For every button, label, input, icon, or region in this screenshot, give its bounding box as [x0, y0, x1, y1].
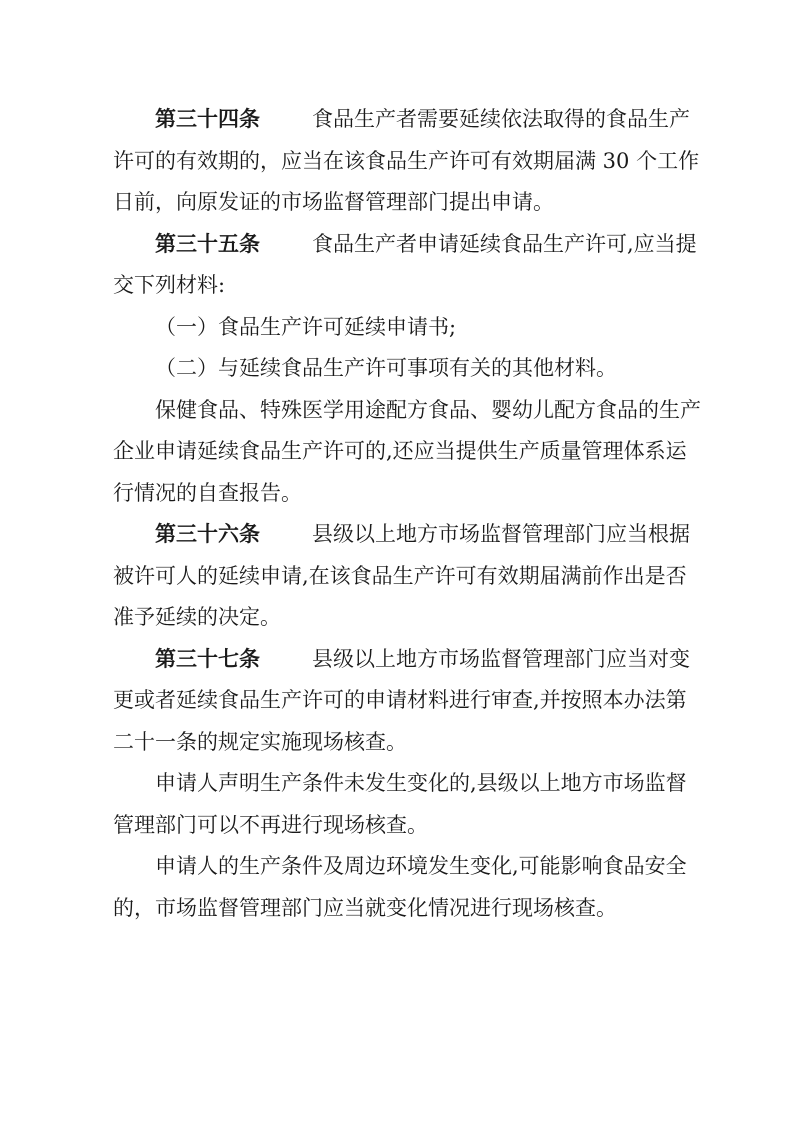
first-line-indent: [113, 374, 155, 375]
text-line: 被许可人的延续申请,在该食品生产许可有效期届满前作出是否: [113, 556, 713, 598]
line-text: 许可的有效期的，应当在该食品生产许可有效期届满 30 个工作: [113, 149, 699, 173]
text-line: 许可的有效期的，应当在该食品生产许可有效期届满 30 个工作: [113, 141, 713, 183]
article-number: 第三十六条: [155, 522, 260, 546]
first-line-indent: [113, 416, 155, 417]
line-text: 县级以上地方市场监督管理部门应当根据: [312, 522, 690, 546]
document-body: 第三十四条食品生产者需要延续依法取得的食品生产许可的有效期的，应当在该食品生产许…: [113, 99, 713, 929]
first-line-indent: [113, 333, 155, 334]
line-text: 保健食品、特殊医学用途配方食品、婴幼儿配方食品的生产: [155, 398, 701, 422]
article-number: 第三十四条: [155, 107, 260, 131]
heading-gap: [260, 250, 312, 251]
line-text: 准予延续的决定。: [113, 605, 281, 629]
heading-gap: [260, 125, 312, 126]
line-text: （一）食品生产许可延续申请书;: [155, 315, 456, 339]
text-line: 行情况的自查报告。: [113, 473, 713, 515]
text-line: 第三十四条食品生产者需要延续依法取得的食品生产: [113, 99, 713, 141]
text-line: 第三十五条食品生产者申请延续食品生产许可,应当提: [113, 224, 713, 266]
article-number: 第三十五条: [155, 232, 260, 256]
text-line: 第三十六条县级以上地方市场监督管理部门应当根据: [113, 514, 713, 556]
text-line: 管理部门可以不再进行现场核查。: [113, 805, 713, 847]
line-text: 县级以上地方市场监督管理部门应当对变: [312, 647, 690, 671]
line-text: 企业申请延续食品生产许可的,还应当提供生产质量管理体系运: [113, 439, 687, 463]
first-line-indent: [113, 125, 155, 126]
document-page: 第三十四条食品生产者需要延续依法取得的食品生产许可的有效期的，应当在该食品生产许…: [0, 0, 793, 1122]
line-text: 申请人声明生产条件未发生变化的,县级以上地方市场监督: [155, 771, 687, 795]
text-line: 保健食品、特殊医学用途配方食品、婴幼儿配方食品的生产: [113, 390, 713, 432]
line-text: 食品生产者需要延续依法取得的食品生产: [312, 107, 690, 131]
line-text: 申请人的生产条件及周边环境发生变化,可能影响食品安全: [155, 854, 687, 878]
line-text: 日前，向原发证的市场监督管理部门提出申请。: [113, 190, 554, 214]
line-text: 二十一条的规定实施现场核查。: [113, 730, 407, 754]
text-line: 日前，向原发证的市场监督管理部门提出申请。: [113, 182, 713, 224]
text-line: 交下列材料:: [113, 265, 713, 307]
text-line: 准予延续的决定。: [113, 597, 713, 639]
line-text: 行情况的自查报告。: [113, 481, 302, 505]
line-text: 的，市场监督管理部门应当就变化情况进行现场核查。: [113, 896, 617, 920]
first-line-indent: [113, 250, 155, 251]
line-text: 被许可人的延续申请,在该食品生产许可有效期届满前作出是否: [113, 564, 687, 588]
text-line: 申请人的生产条件及周边环境发生变化,可能影响食品安全: [113, 846, 713, 888]
text-line: 申请人声明生产条件未发生变化的,县级以上地方市场监督: [113, 763, 713, 805]
text-line: 更或者延续食品生产许可的申请材料进行审查,并按照本办法第: [113, 680, 713, 722]
heading-gap: [260, 540, 312, 541]
text-line: 企业申请延续食品生产许可的,还应当提供生产质量管理体系运: [113, 431, 713, 473]
line-text: 食品生产者申请延续食品生产许可,应当提: [312, 232, 697, 256]
first-line-indent: [113, 872, 155, 873]
text-line: 第三十七条县级以上地方市场监督管理部门应当对变: [113, 639, 713, 681]
first-line-indent: [113, 540, 155, 541]
line-text: 管理部门可以不再进行现场核查。: [113, 813, 428, 837]
text-line: （二）与延续食品生产许可事项有关的其他材料。: [113, 348, 713, 390]
first-line-indent: [113, 789, 155, 790]
line-text: （二）与延续食品生产许可事项有关的其他材料。: [155, 356, 617, 380]
text-line: 的，市场监督管理部门应当就变化情况进行现场核查。: [113, 888, 713, 930]
line-text: 交下列材料:: [113, 273, 225, 297]
line-text: 更或者延续食品生产许可的申请材料进行审查,并按照本办法第: [113, 688, 687, 712]
first-line-indent: [113, 665, 155, 666]
heading-gap: [260, 665, 312, 666]
text-line: 二十一条的规定实施现场核查。: [113, 722, 713, 764]
text-line: （一）食品生产许可延续申请书;: [113, 307, 713, 349]
article-number: 第三十七条: [155, 647, 260, 671]
